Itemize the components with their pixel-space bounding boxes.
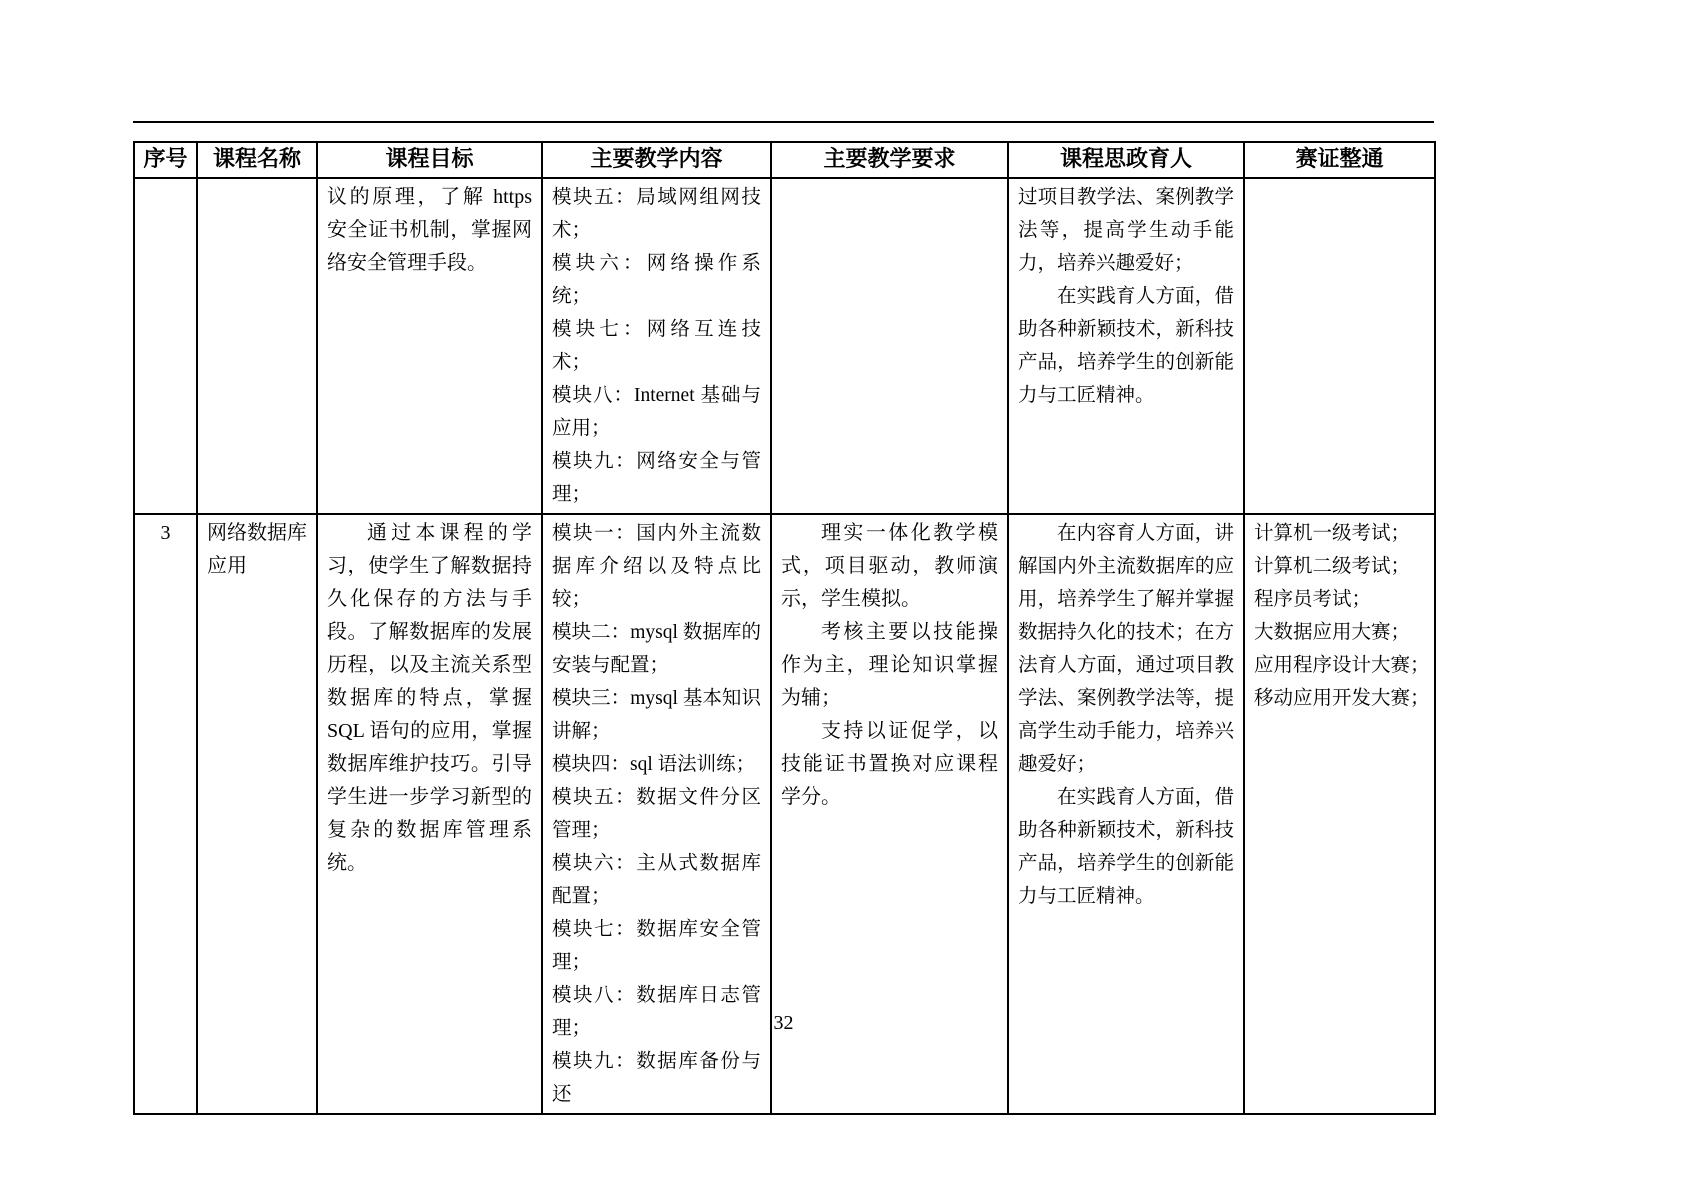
cell-course-goal: 议的原理，了解 https 安全证书机制，掌握网络安全管理手段。 [317,178,542,514]
course-name-text: 网络数据库应用 [207,517,307,583]
content-item: 模块九：数据库备份与还 [552,1045,761,1111]
cert-item: 大数据应用大赛； [1254,616,1425,649]
cell-seq [134,178,197,514]
ideology-paragraph: 在内容育人方面，讲解国内外主流数据库的应用，培养学生了解并掌握数据持久化的技术；… [1018,517,1234,781]
content-item: 模块四：sql 语法训练； [552,748,761,781]
cell-ideology: 过项目教学法、案例教学法等，提高学生动手能力，培养兴趣爱好； 在实践育人方面，借… [1008,178,1244,514]
content-item: 模块六：主从式数据库配置； [552,847,761,913]
cert-item: 计算机一级考试； [1254,517,1425,550]
content-item: 模块六：网络操作系统； [552,247,761,313]
content-item: 模块一：国内外主流数据库介绍以及特点比较； [552,517,761,616]
cell-course-name [197,178,317,514]
page-number: 32 [133,1012,1434,1035]
header-teaching-content: 主要教学内容 [542,142,771,178]
goal-paragraph: 议的原理，了解 https 安全证书机制，掌握网络安全管理手段。 [327,181,532,280]
header-course-goal: 课程目标 [317,142,542,178]
content-item: 模块七：数据库安全管理； [552,913,761,979]
content-item: 模块五：局域网组网技术； [552,181,761,247]
requirement-paragraph: 理实一体化教学模式，项目驱动，教师演示，学生模拟。 [781,517,998,616]
cell-teaching-content: 模块五：局域网组网技术； 模块六：网络操作系统； 模块七：网络互连技术； 模块八… [542,178,771,514]
ideology-paragraph: 过项目教学法、案例教学法等，提高学生动手能力，培养兴趣爱好； [1018,181,1234,280]
ideology-paragraph: 在实践育人方面，借助各种新颖技术，新科技产品，培养学生的创新能力与工匠精神。 [1018,781,1234,913]
content-item: 模块五：数据文件分区管理； [552,781,761,847]
goal-paragraph: 通过本课程的学习，使学生了解数据持久化保存的方法与手段。了解数据库的发展历程，以… [327,517,532,880]
document-page: 序号 课程名称 课程目标 主要教学内容 主要教学要求 课程思政育人 赛证整通 议… [0,0,1684,1191]
table-row-continuation: 议的原理，了解 https 安全证书机制，掌握网络安全管理手段。 模块五：局域网… [134,178,1435,514]
cert-item: 移动应用开发大赛； [1254,682,1425,715]
content-item: 模块三：mysql 基本知识讲解； [552,682,761,748]
cert-item: 程序员考试； [1254,583,1425,616]
requirement-paragraph: 考核主要以技能操作为主，理论知识掌握为辅； [781,616,998,715]
requirement-paragraph: 支持以证促学，以技能证书置换对应课程学分。 [781,715,998,814]
content-item: 模块九：网络安全与管理； [552,445,761,511]
course-table: 序号 课程名称 课程目标 主要教学内容 主要教学要求 课程思政育人 赛证整通 议… [133,141,1436,1115]
cert-item: 应用程序设计大赛； [1254,649,1425,682]
cell-competition-cert [1244,178,1435,514]
content-item: 模块二：mysql 数据库的安装与配置； [552,616,761,682]
header-seq: 序号 [134,142,197,178]
header-teaching-requirements: 主要教学要求 [771,142,1008,178]
content-item: 模块八：Internet 基础与应用； [552,379,761,445]
cell-teaching-requirements [771,178,1008,514]
header-course-name: 课程名称 [197,142,317,178]
header-competition-cert: 赛证整通 [1244,142,1435,178]
header-ideology: 课程思政育人 [1008,142,1244,178]
table-header-row: 序号 课程名称 课程目标 主要教学内容 主要教学要求 课程思政育人 赛证整通 [134,142,1435,178]
cert-item: 计算机二级考试； [1254,550,1425,583]
header-rule [133,121,1434,123]
ideology-paragraph: 在实践育人方面，借助各种新颖技术，新科技产品，培养学生的创新能力与工匠精神。 [1018,280,1234,412]
content-item: 模块七：网络互连技术； [552,313,761,379]
